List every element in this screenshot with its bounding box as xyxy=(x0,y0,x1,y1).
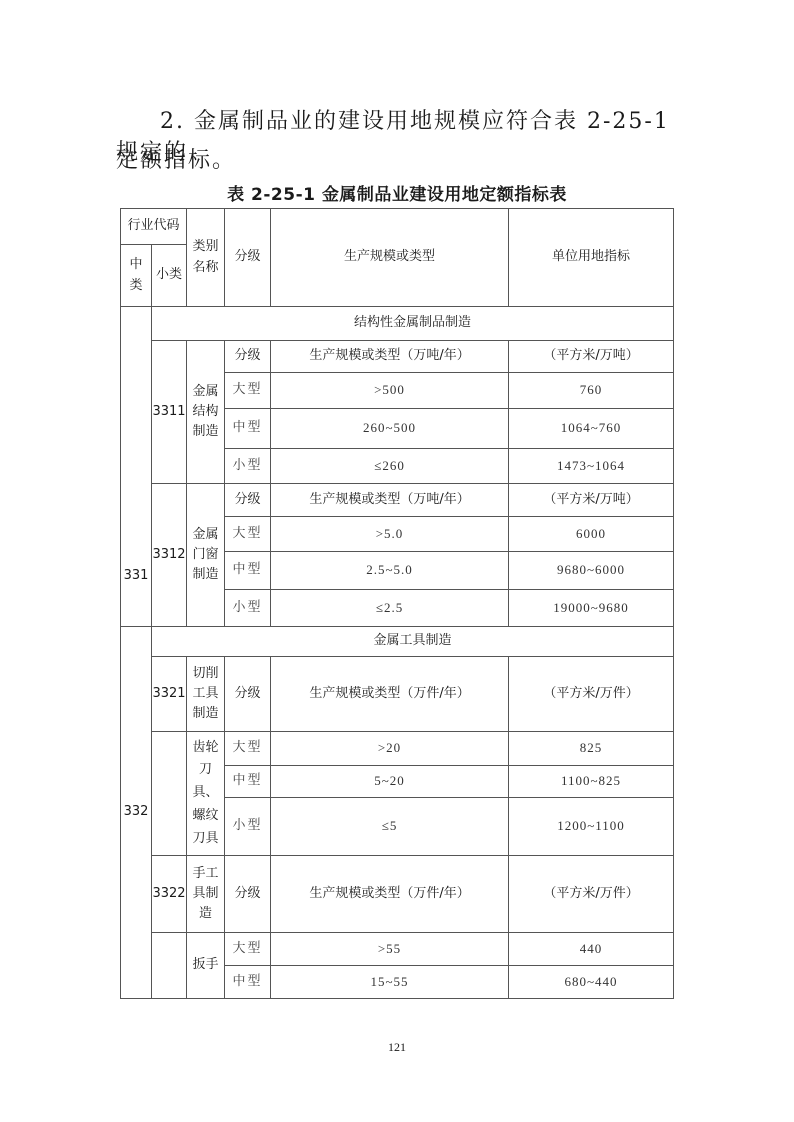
table-caption: 表 2-25-1 金属制品业建设用地定额指标表 xyxy=(0,180,794,205)
index-unit: （平方米/万吨） xyxy=(509,484,674,517)
scale-cell: ≤5 xyxy=(271,798,509,856)
grade-label: 分级 xyxy=(225,856,271,933)
index-unit: （平方米/万吨） xyxy=(509,341,674,373)
sub-name-cell: 切削工具制造 xyxy=(187,657,225,732)
table-row: 扳手 大型 >55 440 xyxy=(121,933,674,966)
grade-cell: 小型 xyxy=(225,449,271,484)
group-title: 结构性金属制品制造 xyxy=(152,307,674,341)
scale-cell: >500 xyxy=(271,373,509,409)
page-number: 121 xyxy=(0,1040,794,1055)
grade-cell: 大型 xyxy=(225,373,271,409)
grade-cell: 小型 xyxy=(225,798,271,856)
mid-code-cell: 332 xyxy=(121,627,152,999)
scale-unit: 生产规模或类型（万件/年） xyxy=(271,657,509,732)
grade-cell: 大型 xyxy=(225,517,271,552)
table-row: 齿轮刀具、螺纹刀具 大型 >20 825 xyxy=(121,732,674,766)
sub-code-cell: 3311 xyxy=(152,341,187,484)
index-cell: 1200~1100 xyxy=(509,798,674,856)
grade-cell: 大型 xyxy=(225,732,271,766)
grade-cell: 小型 xyxy=(225,590,271,627)
group-title: 金属工具制造 xyxy=(152,627,674,657)
grade-label: 分级 xyxy=(225,341,271,373)
sub-code-cell: 3312 xyxy=(152,484,187,627)
table-row: 3311 金属结构制造 分级 生产规模或类型（万吨/年） （平方米/万吨） xyxy=(121,341,674,373)
sub-code-cell: 3322 xyxy=(152,856,187,933)
index-unit: （平方米/万件） xyxy=(509,856,674,933)
scale-cell: 260~500 xyxy=(271,409,509,449)
table-row: 3322 手工具制造 分级 生产规模或类型（万件/年） （平方米/万件） xyxy=(121,856,674,933)
index-cell: 440 xyxy=(509,933,674,966)
header-scale: 生产规模或类型 xyxy=(271,209,509,307)
grade-label: 分级 xyxy=(225,484,271,517)
product-name-cell: 齿轮刀具、螺纹刀具 xyxy=(187,732,225,856)
grade-label: 分级 xyxy=(225,657,271,732)
sub-code-blank xyxy=(152,732,187,856)
header-category-name: 类别名称 xyxy=(187,209,225,307)
scale-unit: 生产规模或类型（万吨/年） xyxy=(271,341,509,373)
header-unit-index: 单位用地指标 xyxy=(509,209,674,307)
sub-code-cell: 3321 xyxy=(152,657,187,732)
body-paragraph-line-2: 定额指标。 xyxy=(116,143,676,174)
group-title-row: 331 结构性金属制品制造 xyxy=(121,307,674,341)
header-grade: 分级 xyxy=(225,209,271,307)
sub-name-cell: 金属结构制造 xyxy=(187,341,225,484)
scale-cell: >20 xyxy=(271,732,509,766)
scale-unit: 生产规模或类型（万件/年） xyxy=(271,856,509,933)
grade-cell: 中型 xyxy=(225,409,271,449)
index-cell: 6000 xyxy=(509,517,674,552)
sub-name-cell: 金属门窗制造 xyxy=(187,484,225,627)
index-cell: 9680~6000 xyxy=(509,552,674,590)
index-cell: 1064~760 xyxy=(509,409,674,449)
grade-cell: 中型 xyxy=(225,966,271,999)
table-row: 3321 切削工具制造 分级 生产规模或类型（万件/年） （平方米/万件） xyxy=(121,657,674,732)
group-title-row: 332 金属工具制造 xyxy=(121,627,674,657)
sub-code-blank xyxy=(152,933,187,999)
index-cell: 825 xyxy=(509,732,674,766)
table-row: 3312 金属门窗制造 分级 生产规模或类型（万吨/年） （平方米/万吨） xyxy=(121,484,674,517)
scale-cell: 2.5~5.0 xyxy=(271,552,509,590)
mid-code-cell: 331 xyxy=(121,307,152,627)
scale-unit: 生产规模或类型（万吨/年） xyxy=(271,484,509,517)
index-cell: 1473~1064 xyxy=(509,449,674,484)
header-sub-class: 小类 xyxy=(152,245,187,307)
scale-cell: 5~20 xyxy=(271,766,509,798)
grade-cell: 大型 xyxy=(225,933,271,966)
header-mid-class: 中类 xyxy=(121,245,152,307)
scale-cell: >5.0 xyxy=(271,517,509,552)
index-cell: 680~440 xyxy=(509,966,674,999)
scale-cell: ≤260 xyxy=(271,449,509,484)
sub-name-cell: 手工具制造 xyxy=(187,856,225,933)
scale-cell: >55 xyxy=(271,933,509,966)
index-cell: 19000~9680 xyxy=(509,590,674,627)
grade-cell: 中型 xyxy=(225,552,271,590)
index-cell: 760 xyxy=(509,373,674,409)
scale-cell: ≤2.5 xyxy=(271,590,509,627)
product-name-cell: 扳手 xyxy=(187,933,225,999)
scale-cell: 15~55 xyxy=(271,966,509,999)
grade-cell: 中型 xyxy=(225,766,271,798)
index-unit: （平方米/万件） xyxy=(509,657,674,732)
land-quota-table: 行业代码 类别名称 分级 生产规模或类型 单位用地指标 中类 小类 331 结构… xyxy=(120,208,674,999)
header-industry-code: 行业代码 xyxy=(121,209,187,245)
index-cell: 1100~825 xyxy=(509,766,674,798)
